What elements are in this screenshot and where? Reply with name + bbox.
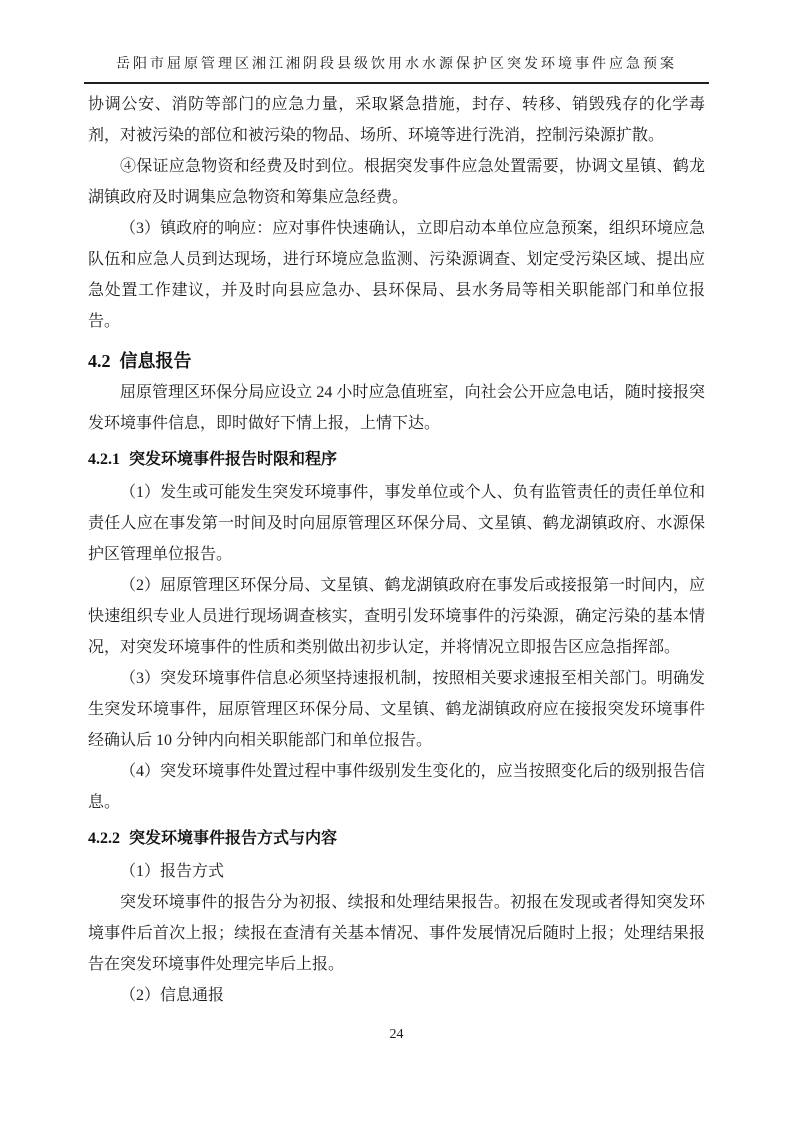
section-heading-4-2: 4.2信息报告 xyxy=(88,345,705,377)
subsection-title: 突发环境事件报告方式与内容 xyxy=(129,830,337,847)
document-body: 协调公安、消防等部门的应急力量，采取紧急措施，封存、转移、销毁残存的化学毒剂，对… xyxy=(0,84,793,1011)
paragraph-421-item3: （3）突发环境事件信息必须坚持速报机制，按照相关要求速报至相关部门。明确发生突发… xyxy=(88,663,705,756)
paragraph-421-item4: （4）突发环境事件处置过程中事件级别发生变化的，应当按照变化后的级别报告信息。 xyxy=(88,756,705,818)
paragraph-422-item1: （1）报告方式 xyxy=(88,856,705,887)
subsection-number: 4.2.1 xyxy=(88,451,120,468)
page-header: 岳阳市屈原管理区湘江湘阴段县级饮用水水源保护区突发环境事件应急预案 xyxy=(0,0,793,84)
page-footer: 24 xyxy=(0,1027,793,1043)
paragraph-421-item2: （2）屈原管理区环保分局、文星镇、鹤龙湖镇政府在事发后或接报第一时间内，应快速组… xyxy=(88,570,705,663)
paragraph-421-item1: （1）发生或可能发生突发环境事件，事发单位或个人、负有监管责任的责任单位和责任人… xyxy=(88,477,705,570)
document-page: 岳阳市屈原管理区湘江湘阴段县级饮用水水源保护区突发环境事件应急预案 协调公安、消… xyxy=(0,0,793,1122)
subsection-number: 4.2.2 xyxy=(88,830,120,847)
paragraph-town-response: （3）镇政府的响应：应对事件快速确认，立即启动本单位应急预案，组织环境应急队伍和… xyxy=(88,213,705,337)
paragraph-42-intro: 屈原管理区环保分局应设立 24 小时应急值班室，向社会公开应急电话，随时接报突发… xyxy=(88,377,705,439)
header-title: 岳阳市屈原管理区湘江湘阴段县级饮用水水源保护区突发环境事件应急预案 xyxy=(84,56,709,73)
paragraph-422-item1-body: 突发环境事件的报告分为初报、续报和处理结果报告。初报在发现或者得知突发环境事件后… xyxy=(88,887,705,980)
section-number: 4.2 xyxy=(88,351,111,371)
paragraph-continuation: 协调公安、消防等部门的应急力量，采取紧急措施，封存、转移、销毁残存的化学毒剂，对… xyxy=(88,89,705,151)
paragraph-422-item2: （2）信息通报 xyxy=(88,980,705,1011)
subsection-title: 突发环境事件报告时限和程序 xyxy=(129,451,337,468)
subsection-heading-4-2-1: 4.2.1突发环境事件报告时限和程序 xyxy=(88,445,705,475)
subsection-heading-4-2-2: 4.2.2突发环境事件报告方式与内容 xyxy=(88,824,705,854)
page-number: 24 xyxy=(390,1027,404,1042)
section-title: 信息报告 xyxy=(120,351,192,371)
paragraph-item-circle4: ④保证应急物资和经费及时到位。根据突发事件应急处置需要，协调文星镇、鹤龙湖镇政府… xyxy=(88,151,705,213)
